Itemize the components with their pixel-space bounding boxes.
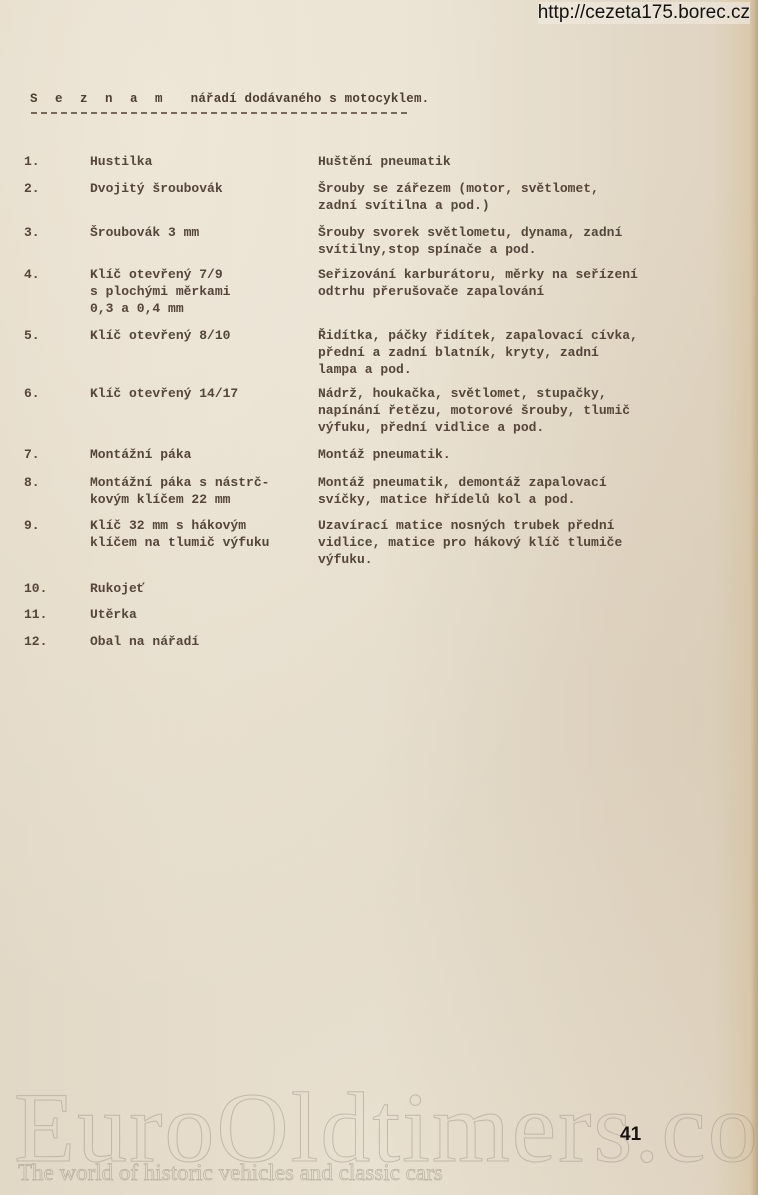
item-usage: Montáž pneumatik, demontáž zapalovací sv… (318, 474, 698, 508)
item-usage: Nádrž, houkačka, světlomet, stupačky, na… (318, 385, 698, 436)
item-tool-name: Klíč otevřený 7/9 s plochými měrkami 0,3… (90, 266, 300, 317)
item-tool-name: Obal na nářadí (90, 633, 300, 650)
watermark-tagline: The world of historic vehicles and class… (18, 1160, 443, 1186)
item-tool-name: Dvojitý šroubovák (90, 180, 300, 197)
item-number: 8. (24, 474, 40, 491)
item-tool-name: Utěrka (90, 606, 300, 623)
item-usage: Šrouby svorek světlometu, dynama, zadní … (318, 224, 698, 258)
page-number: 41 (620, 1124, 641, 1146)
source-url: http://cezeta175.borec.cz (538, 2, 750, 24)
item-number: 4. (24, 266, 40, 283)
item-tool-name: Montážní páka (90, 446, 300, 463)
title-rest: nářadí dodávaného s motocyklem. (191, 92, 430, 106)
item-usage: Seřizování karburátoru, měrky na seřízen… (318, 266, 698, 300)
item-tool-name: Klíč 32 mm s hákovým klíčem na tlumič vý… (90, 517, 300, 551)
item-usage: Huštění pneumatik (318, 153, 698, 170)
item-number: 2. (24, 180, 40, 197)
item-tool-name: Šroubovák 3 mm (90, 224, 300, 241)
item-tool-name: Montážní páka s nástrč- kovým klíčem 22 … (90, 474, 300, 508)
item-number: 7. (24, 446, 40, 463)
item-number: 9. (24, 517, 40, 534)
item-usage: Uzavírací matice nosných trubek přední v… (318, 517, 698, 568)
page-title: S e z n a m nářadí dodávaného s motocykl… (30, 92, 429, 106)
item-tool-name: Klíč otevřený 14/17 (90, 385, 300, 402)
title-underline (31, 112, 407, 114)
item-number: 3. (24, 224, 40, 241)
page-edge-shadow (750, 0, 758, 1195)
item-tool-name: Rukojeť (90, 580, 300, 597)
item-number: 10. (24, 580, 47, 597)
item-tool-name: Hustilka (90, 153, 300, 170)
item-number: 11. (24, 606, 47, 623)
item-number: 6. (24, 385, 40, 402)
item-number: 1. (24, 153, 40, 170)
item-usage: Montáž pneumatik. (318, 446, 698, 463)
item-number: 12. (24, 633, 47, 650)
title-spaced: S e z n a m (30, 92, 168, 106)
item-usage: Šrouby se zářezem (motor, světlomet, zad… (318, 180, 698, 214)
item-tool-name: Klíč otevřený 8/10 (90, 327, 300, 344)
item-number: 5. (24, 327, 40, 344)
item-usage: Řidítka, páčky řidítek, zapalovací cívka… (318, 327, 698, 378)
